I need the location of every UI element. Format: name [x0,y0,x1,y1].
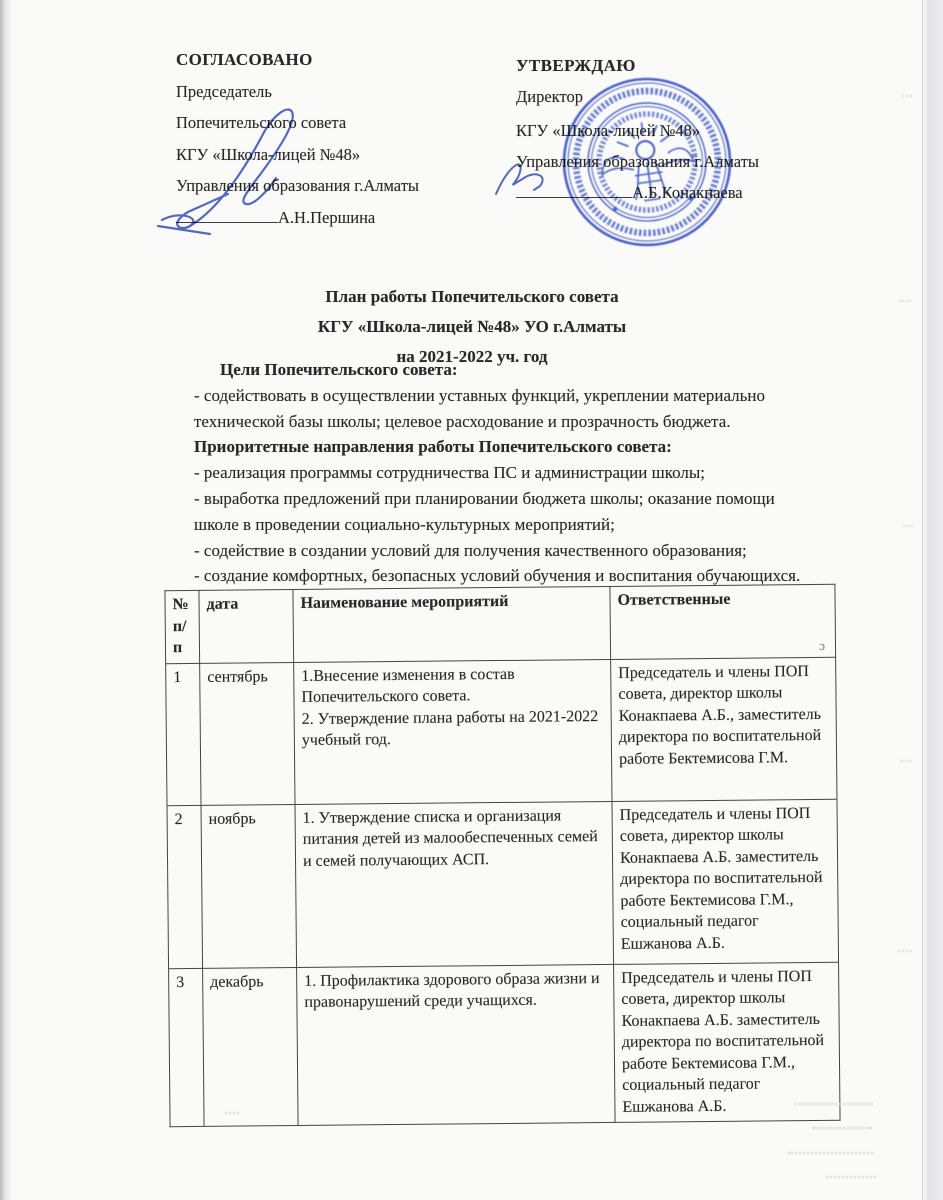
table-row: 3 декабрь 1. Профилактика здорового обра… [169,962,840,1127]
scan-noise [812,1127,872,1129]
col-header-number: № п/п [165,590,200,663]
scan-noise [795,1103,873,1105]
table-header-row: № п/п дата Наименование мероприятий Отве… [165,584,836,663]
stray-scan-mark: ɔ [819,635,825,657]
scan-noise [225,1112,239,1114]
body-text: Цели Попечительского совета: - содейство… [194,357,884,589]
priority-item: - содействие в создании условий для полу… [194,538,884,564]
col-header-responsible-label: Ответственные [617,591,730,609]
cell-date: ноябрь [201,804,297,968]
cell-responsible: Председатель и члены ПОП совета, директо… [614,962,841,1123]
scanned-document-page: СОГЛАСОВАНО Председатель Попечительского… [0,0,943,1200]
scan-noise [788,1152,873,1154]
cell-activity: 1.Внесение изменения в состав Попечитель… [294,659,612,804]
handwritten-signature [490,146,620,206]
work-plan-table: № п/п дата Наименование мероприятий Отве… [164,584,840,1127]
goals-text: - содействовать в осуществлении уставных… [194,383,884,435]
cell-responsible: Председатель и члены ПОП совета, директо… [611,657,837,801]
title-line-2: КГУ «Школа-лицей №48» УО г.Алматы [132,312,812,342]
scan-noise [826,1176,876,1178]
title-line-1: План работы Попечительского совета [132,282,812,312]
col-header-activity: Наименование мероприятий [293,586,611,662]
cell-number: 3 [169,968,205,1127]
scan-noise [898,950,912,952]
cell-activity: 1. Профилактика здорового образа жизни и… [297,964,616,1126]
page-left-edge-shadow [0,0,12,1200]
table-row: 1 сентябрь 1.Внесение изменения в состав… [166,657,837,805]
scan-noise [903,525,913,527]
priority-item: - реализация программы сотрудничества ПС… [194,460,884,486]
handwritten-signature [150,98,350,238]
col-header-responsible: Ответственныеɔ [610,584,836,659]
cell-date: декабрь [203,967,299,1126]
col-header-date: дата [199,589,294,662]
cell-number: 2 [167,805,203,968]
goals-heading: Цели Попечительского совета: [194,357,884,383]
priority-item: - выработка предложений при планировании… [194,486,884,538]
cell-number: 1 [166,663,201,805]
cell-responsible: Председатель и члены ПОП совета, директо… [612,799,839,964]
cell-activity: 1. Утверждение списка и организация пита… [295,801,614,967]
page-right-edge-shadow [922,0,943,1200]
table-row: 2 ноябрь 1. Утверждение списка и организ… [167,799,839,968]
scan-noise [899,300,911,302]
scan-noise [900,760,912,762]
cell-date: сентябрь [200,662,295,805]
priorities-heading: Приоритетные направления работы Попечите… [194,434,884,460]
scan-noise [902,95,912,97]
approved-title: СОГЛАСОВАНО [176,44,521,76]
